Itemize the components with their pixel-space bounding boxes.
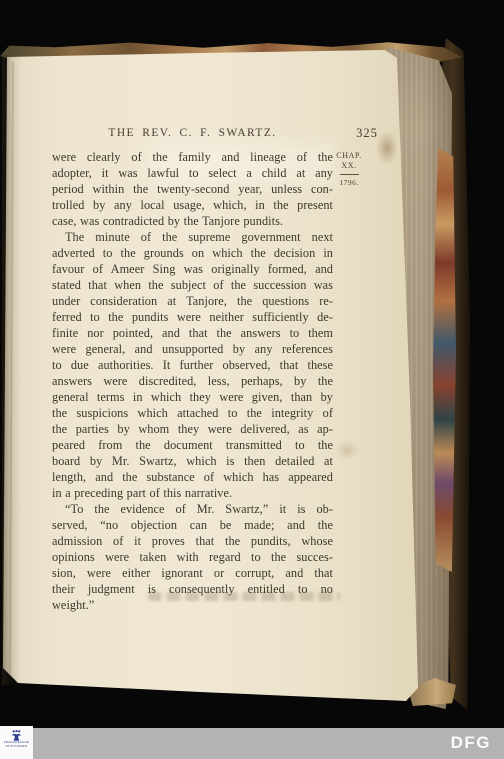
text-line: The minute of the supreme government nex… xyxy=(52,229,333,245)
text-line: served, “no objection can be made; and t… xyxy=(52,517,333,533)
text-line: to due authorities. It further observed,… xyxy=(52,357,333,373)
text-line: peared from the document transmitted to … xyxy=(52,437,333,453)
scanned-book-photo: { "page": { "running_head": "THE REV. C.… xyxy=(0,0,504,759)
text-line: period within the twenty-second year, un… xyxy=(52,181,333,197)
text-line: were general, and unsupported by any ref… xyxy=(52,341,333,357)
text-line: case, was contradicted by the Tanjore pu… xyxy=(52,213,333,229)
text-line: in a preceding part of this narrative. xyxy=(52,485,333,501)
text-line: under consideration at Tanjore, the ques… xyxy=(52,293,333,309)
text-line: admission of it proves that the pundits,… xyxy=(52,533,333,549)
paragraph: The minute of the supreme government nex… xyxy=(52,229,333,501)
text-line: were clearly of the family and lineage o… xyxy=(52,149,333,165)
running-head: THE REV. C. F. SWARTZ. xyxy=(52,127,333,139)
book-marbled-damage-strip xyxy=(433,148,456,572)
text-line: length, and the substance of which has a… xyxy=(52,469,333,485)
text-line: answers were discredited, less, perhaps,… xyxy=(52,373,333,389)
margin-chapter-number: XX. xyxy=(334,161,364,171)
text-line: the suspicions which attached to the int… xyxy=(52,405,333,421)
text-line: favour of Ameer Sing was originally form… xyxy=(52,261,333,277)
franckesche-stiftungen-logo: FRANCKESCHE STIFTUNGEN xyxy=(0,726,33,759)
text-line: finite nor pointed, and that the answers… xyxy=(52,325,333,341)
margin-notes: CHAP. XX. 1796. xyxy=(334,151,364,187)
text-line: weight.” xyxy=(52,597,333,613)
text-line: their judgment is consequently entitled … xyxy=(52,581,333,597)
page-number: 325 xyxy=(350,126,384,141)
paragraph: “To the evidence of Mr. Swartz,” it is o… xyxy=(52,501,333,613)
text-line: trolled by any local usage, which, in th… xyxy=(52,197,333,213)
body-text: were clearly of the family and lineage o… xyxy=(52,149,333,613)
margin-chapter-label: CHAP. xyxy=(334,151,364,161)
text-line: opinions were taken with regard to the s… xyxy=(52,549,333,565)
dfg-logo: DFG xyxy=(451,733,491,752)
footer-bar xyxy=(0,728,504,759)
text-line: adopter, it was lawful to select a child… xyxy=(52,165,333,181)
paragraph: were clearly of the family and lineage o… xyxy=(52,149,333,229)
text-line: adverted to the grounds on which the dec… xyxy=(52,245,333,261)
text-line: the parties by whom they were delivered,… xyxy=(52,421,333,437)
text-line: sion, were either ignorant or corrupt, a… xyxy=(52,565,333,581)
text-line: “To the evidence of Mr. Swartz,” it is o… xyxy=(52,501,333,517)
margin-rule xyxy=(340,174,359,175)
text-line: general terms in which they were given, … xyxy=(52,389,333,405)
text-line: stated that when the subject of the succ… xyxy=(52,277,333,293)
text-line: ferred to the pundits were neither suffi… xyxy=(52,309,333,325)
margin-year: 1796. xyxy=(334,178,364,187)
library-logo-text-line2: STIFTUNGEN xyxy=(6,745,28,749)
page-stain xyxy=(330,436,364,464)
text-line: board by Mr. Swartz, which is then detai… xyxy=(52,453,333,469)
